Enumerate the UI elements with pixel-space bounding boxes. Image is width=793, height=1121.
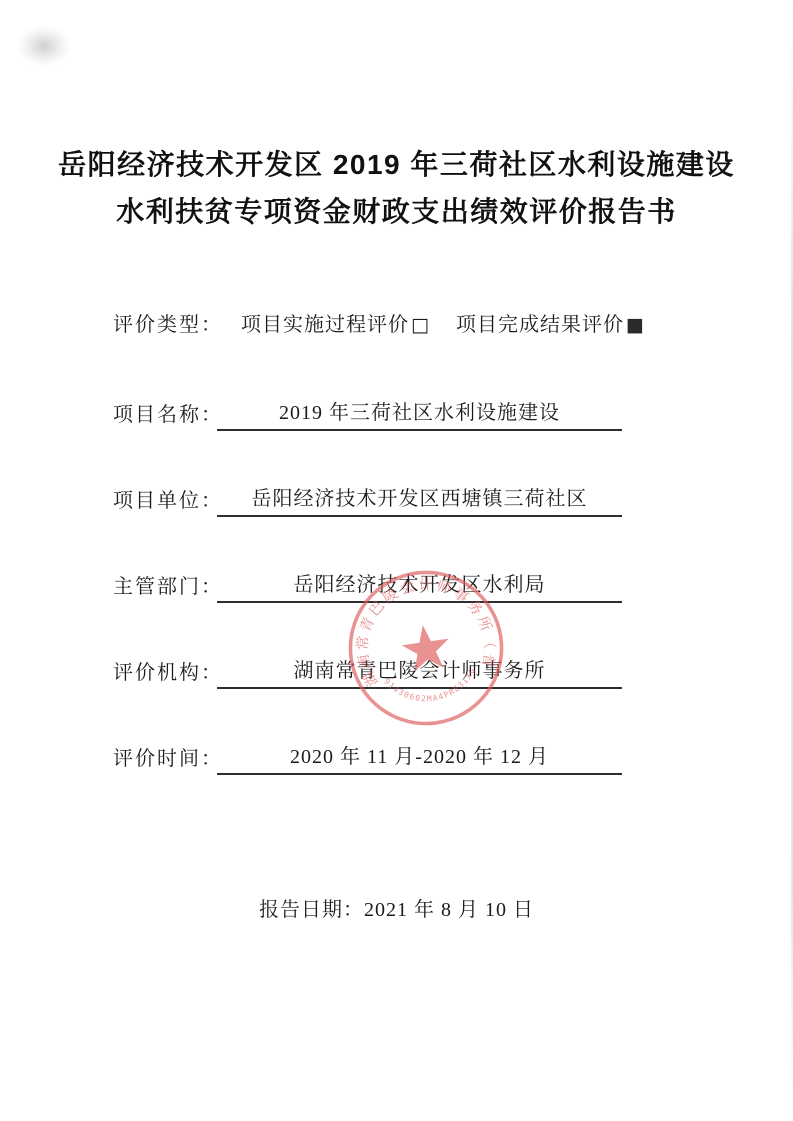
report-title-line-1: 岳阳经济技术开发区 2019 年三荷社区水利设施建设 [0,143,793,183]
evaluation-agency-label: 评价机构： [113,656,217,689]
project-unit-value: 岳阳经济技术开发区西塘镇三荷社区 [217,482,622,517]
evaluation-option-process: 项目实施过程评价□ [241,308,430,337]
evaluation-option-result: 项目完成结果评价■ [456,308,645,337]
report-date-row: 报告日期：2021 年 8 月 10 日 [0,893,793,922]
field-row-evaluation-period: 评价时间： 2020 年 11 月-2020 年 12 月 [113,740,622,775]
field-row-project-unit: 项目单位： 岳阳经济技术开发区西塘镇三荷社区 [113,482,622,517]
checkbox-checked-icon: ■ [626,314,645,336]
field-row-supervising-department: 主管部门： 岳阳经济技术开发区水利局 [113,568,622,603]
evaluation-period-value: 2020 年 11 月-2020 年 12 月 [217,740,622,775]
supervising-department-value: 岳阳经济技术开发区水利局 [217,568,622,603]
evaluation-option-result-label: 项目完成结果评价 [456,314,624,336]
evaluation-type-row: 评价类型： 项目实施过程评价□ 项目完成结果评价■ [113,308,645,337]
report-title-line-2: 水利扶贫专项资金财政支出绩效评价报告书 [0,190,793,230]
report-cover-page: 岳阳经济技术开发区 2019 年三荷社区水利设施建设 水利扶贫专项资金财政支出绩… [0,0,793,1121]
evaluation-type-label: 评价类型： [113,308,223,337]
report-date-value: 2021 年 8 月 10 日 [364,899,534,921]
project-name-label: 项目名称： [113,398,217,431]
supervising-department-label: 主管部门： [113,570,217,603]
evaluation-period-label: 评价时间： [113,742,217,775]
project-name-value: 2019 年三荷社区水利设施建设 [217,396,622,431]
report-date-label: 报告日期： [259,899,364,921]
project-unit-label: 项目单位： [113,484,217,517]
evaluation-agency-value: 湖南常青巴陵会计师事务所 [217,654,622,689]
checkbox-unchecked-icon: □ [411,314,430,336]
evaluation-option-process-label: 项目实施过程评价 [241,314,409,336]
scan-artifact-smudge [18,26,70,66]
field-row-evaluation-agency: 评价机构： 湖南常青巴陵会计师事务所 [113,654,622,689]
field-row-project-name: 项目名称： 2019 年三荷社区水利设施建设 [113,396,622,431]
